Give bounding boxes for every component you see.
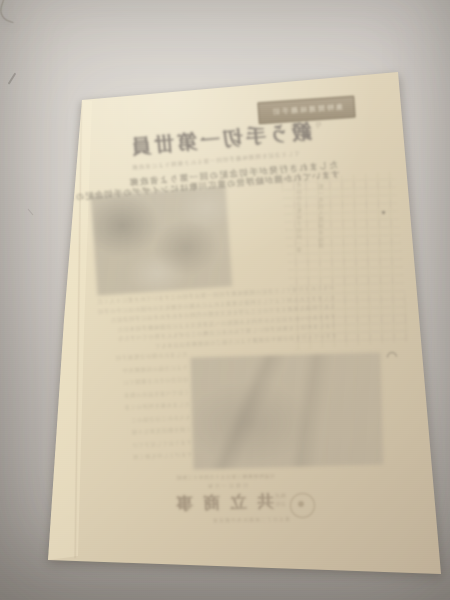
show-through-layer: 集特間週味趣手切 号二第 鍛う手切一第丗員 てしと念記を間週味趣手切回一第るれさ… xyxy=(0,0,450,600)
paper-speck xyxy=(382,211,385,214)
photo-scene: 集特間週味趣手切 号二第 鍛う手切一第丗員 てしと念記を間週味趣手切回一第るれさ… xyxy=(0,0,450,600)
company-seal-icon xyxy=(290,493,315,518)
halftone-photo-lower xyxy=(191,353,384,470)
bottom-edge-curl xyxy=(0,0,20,23)
imprint-permit-line-ghost: 可認物便郵種三第日五十月四年十三和昭 xyxy=(157,473,275,482)
flyer-back-sheet: 集特間週味趣手切 号二第 鍛う手切一第丗員 てしと念記を間週味趣手切回一第るれさ… xyxy=(0,0,450,600)
publisher-suffix-line: 会社 xyxy=(264,501,286,510)
body-text-block-left: たしまれか開が会覧展手切 りよに力協の局便郵央中 は日会のそれさ催開てに くおて… xyxy=(85,349,193,467)
paper-curl-mark xyxy=(385,350,399,364)
publisher-name-ghost: 共立商事 xyxy=(148,487,275,515)
halftone-photo-upper xyxy=(91,186,233,295)
paper-shadow-wrap: 集特間週味趣手切 号二第 鍛う手切一第丗員 てしと念記を間週味趣手切回一第るれさ… xyxy=(0,0,450,600)
publisher-suffix-stack: 株式 会社 xyxy=(264,493,286,510)
publisher-address-ghost: 番五目丁二座銀区央中都京東 xyxy=(182,516,290,525)
